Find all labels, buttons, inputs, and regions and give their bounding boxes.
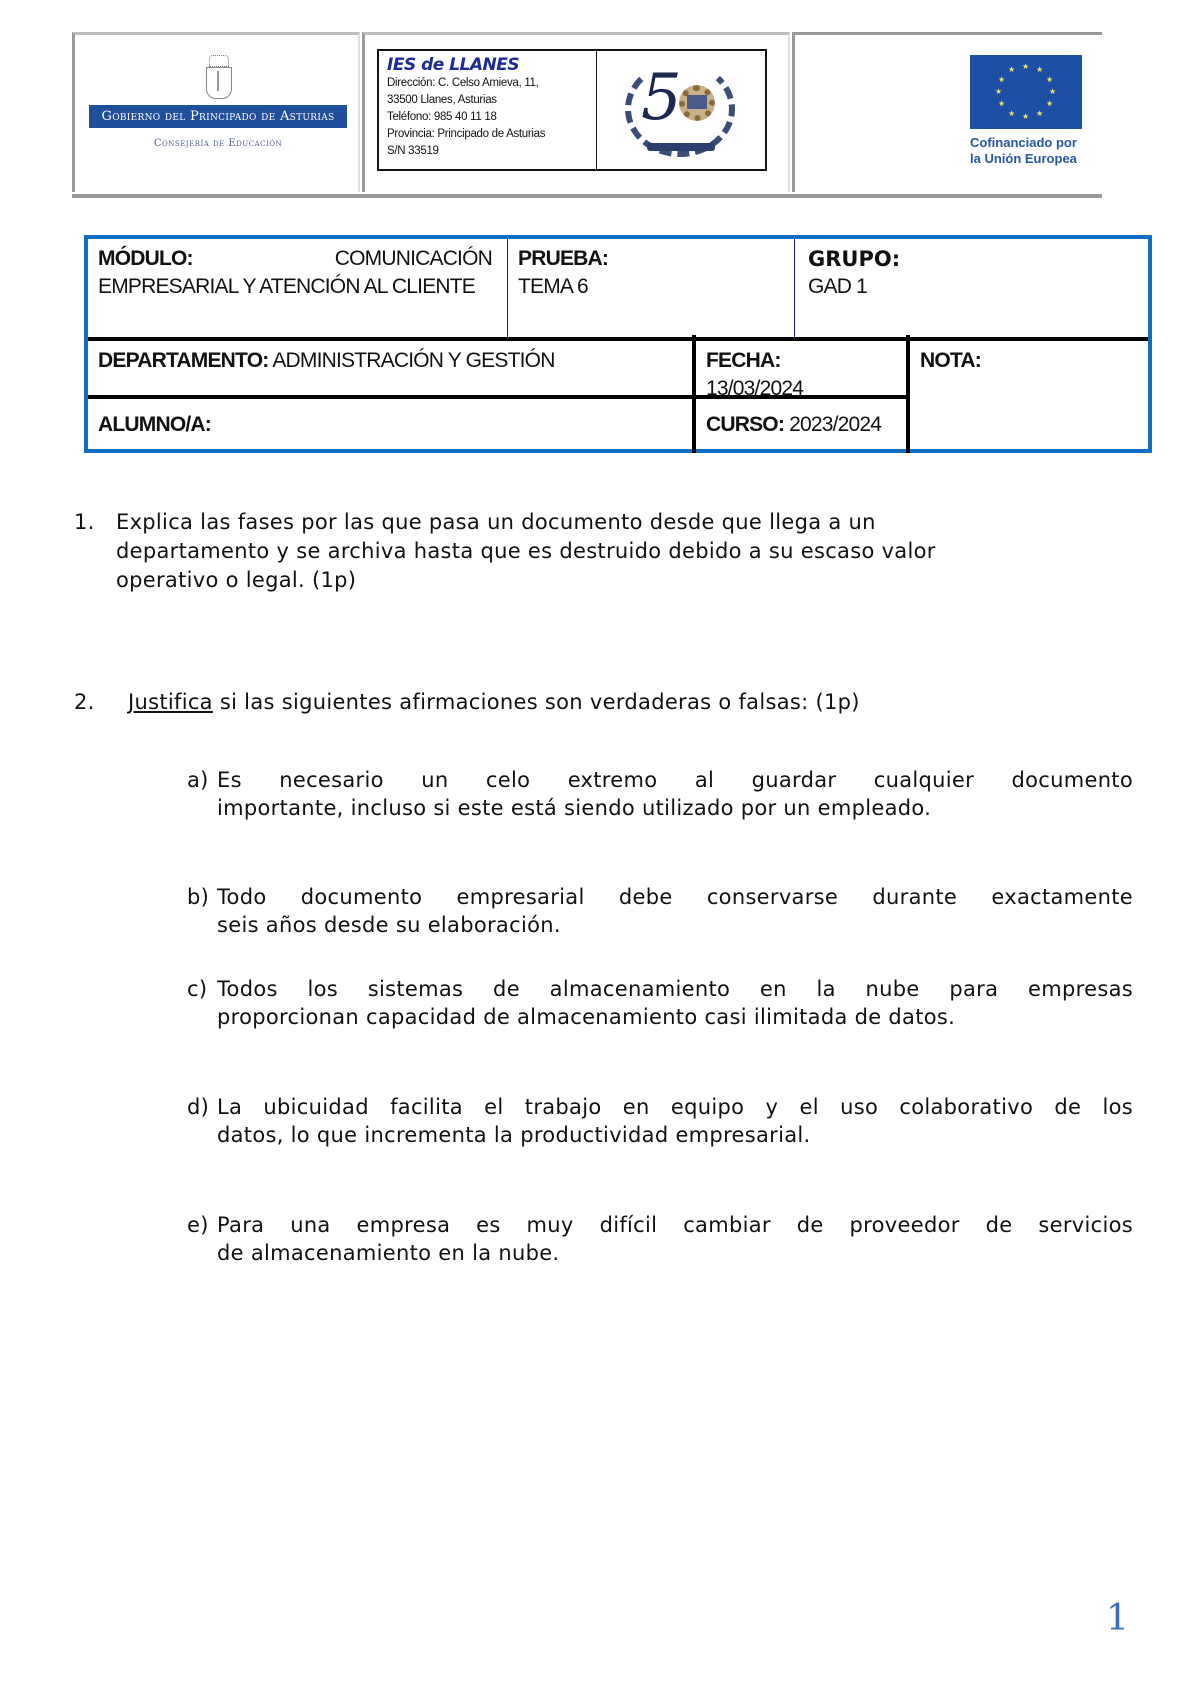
prueba-cell: PRUEBA: TEMA 6 xyxy=(508,239,794,337)
nota-cell[interactable]: NOTA: xyxy=(910,341,1148,451)
question-text: Justifica si las siguientes afirmaciones… xyxy=(128,688,1138,717)
asturias-crest-icon xyxy=(203,55,233,99)
school-info-cell: IES de LLANES Dirección: C. Celso Amieva… xyxy=(362,32,790,192)
statement-letter: c) xyxy=(187,975,207,1003)
alumno-cell[interactable]: ALUMNO/A: xyxy=(88,399,692,449)
underlined-keyword: Justifica xyxy=(128,690,213,714)
question-number: 2. xyxy=(74,688,95,717)
anniversary-emblem-icon: 5 xyxy=(597,51,765,169)
eu-caption-line-2: la Unión Europea xyxy=(970,151,1077,167)
government-name: Gobierno del Principado de Asturias xyxy=(89,105,347,128)
eu-flag-icon: ★ ★ ★ ★ ★ ★ ★ ★ ★ ★ ★ ★ xyxy=(970,55,1082,129)
question-1: 1. Explica las fases por las que pasa un… xyxy=(74,508,1134,598)
prueba-label: PRUEBA: xyxy=(518,245,784,273)
emblem-number: 5 xyxy=(641,63,682,133)
statement-b: b) Todo documento empresarial debe conse… xyxy=(187,883,1133,943)
ribbon-icon xyxy=(647,143,715,151)
statement-line-2: de almacenamiento en la nube. xyxy=(217,1241,559,1265)
statement-d: d) La ubicuidad facilita el trabajo en e… xyxy=(187,1093,1133,1153)
gear-center-icon xyxy=(687,95,707,109)
curso-label: CURSO: xyxy=(706,413,784,436)
statement-text: Para una empresa es muy difícil cambiar … xyxy=(217,1211,1133,1267)
question-line: Explica las fases por las que pasa un do… xyxy=(116,508,1126,537)
statement-line-2: seis años desde su elaboración. xyxy=(217,913,561,937)
modulo-value-line-2: EMPRESARIAL Y ATENCIÓN AL CLIENTE xyxy=(98,273,492,301)
statement-line-1: Para una empresa es muy difícil cambiar … xyxy=(217,1211,1133,1239)
statement-text: Es necesario un celo extremo al guardar … xyxy=(217,766,1133,822)
alumno-label: ALUMNO/A: xyxy=(98,413,211,436)
school-city-line: 33500 Llanes, Asturias xyxy=(387,92,596,109)
statement-text: Todos los sistemas de almacenamiento en … xyxy=(217,975,1133,1031)
curso-value: 2023/2024 xyxy=(789,413,881,436)
letterhead: Gobierno del Principado de Asturias Cons… xyxy=(72,32,1102,197)
statement-letter: b) xyxy=(187,883,209,911)
statement-line-1: Todo documento empresarial debe conserva… xyxy=(217,883,1133,911)
school-name: IES de LLANES xyxy=(387,55,596,75)
statement-text: Todo documento empresarial debe conserva… xyxy=(217,883,1133,939)
modulo-cell: MÓDULO: COMUNICACIÓN EMPRESARIAL Y ATENC… xyxy=(88,239,502,337)
statement-line-2: proporcionan capacidad de almacenamiento… xyxy=(217,1005,955,1029)
statement-line-1: Todos los sistemas de almacenamiento en … xyxy=(217,975,1133,1003)
grupo-value: GAD 1 xyxy=(808,273,1136,301)
exam-header-table: MÓDULO: COMUNICACIÓN EMPRESARIAL Y ATENC… xyxy=(84,235,1152,453)
prueba-value: TEMA 6 xyxy=(518,273,784,301)
grupo-label: GRUPO: xyxy=(808,245,1136,273)
question-line: departamento y se archiva hasta que es d… xyxy=(116,537,1126,566)
departamento-value: ADMINISTRACIÓN Y GESTIÓN xyxy=(272,349,554,372)
question-2: 2. Justifica si las siguientes afirmacio… xyxy=(74,688,1134,718)
eu-funding-caption: Cofinanciado por la Unión Europea xyxy=(970,135,1077,167)
school-phone-line: Teléfono: 985 40 11 18 xyxy=(387,109,596,126)
statement-letter: e) xyxy=(187,1211,209,1239)
question-rest: si las siguientes afirmaciones son verda… xyxy=(213,690,860,714)
statement-line-1: Es necesario un celo extremo al guardar … xyxy=(217,766,1133,794)
statement-line-2: datos, lo que incrementa la productivida… xyxy=(217,1123,811,1147)
question-text: Explica las fases por las que pasa un do… xyxy=(116,508,1126,595)
statement-letter: a) xyxy=(187,766,209,794)
eu-logo-cell: ★ ★ ★ ★ ★ ★ ★ ★ ★ ★ ★ ★ Cofinanciado por… xyxy=(792,32,1102,192)
statement-text: La ubicuidad facilita el trabajo en equi… xyxy=(217,1093,1133,1149)
departamento-label: DEPARTAMENTO: xyxy=(98,349,268,372)
grupo-cell: GRUPO: GAD 1 xyxy=(796,239,1146,337)
government-department: Consejería de Educación xyxy=(89,138,347,149)
school-province-line: Provincia: Principado de Asturias xyxy=(387,126,596,143)
eu-caption-line-1: Cofinanciado por xyxy=(970,135,1077,151)
fecha-cell: FECHA: 13/03/2024 xyxy=(696,341,908,395)
nota-label: NOTA: xyxy=(920,347,1138,375)
school-code-line: S/N 33519 xyxy=(387,143,596,160)
fecha-label: FECHA: xyxy=(706,347,898,375)
asturias-logo: Gobierno del Principado de Asturias Cons… xyxy=(89,55,347,149)
letterhead-divider xyxy=(72,194,1102,198)
statement-c: c) Todos los sistemas de almacenamiento … xyxy=(187,975,1133,1035)
modulo-label: MÓDULO: xyxy=(98,245,193,273)
statement-letter: d) xyxy=(187,1093,209,1121)
departamento-cell: DEPARTAMENTO: ADMINISTRACIÓN Y GESTIÓN xyxy=(88,341,692,395)
page-number: 1 xyxy=(1106,1598,1129,1639)
school-address-block: IES de LLANES Dirección: C. Celso Amieva… xyxy=(379,51,597,169)
school-address-line: Dirección: C. Celso Amieva, 11, xyxy=(387,75,596,92)
question-line: operativo o legal. (1p) xyxy=(116,566,1126,595)
school-info-box: IES de LLANES Dirección: C. Celso Amieva… xyxy=(377,49,767,171)
question-number: 1. xyxy=(74,508,95,537)
cell-divider xyxy=(794,239,795,337)
government-logo-cell: Gobierno del Principado de Asturias Cons… xyxy=(72,32,360,192)
statement-a: a) Es necesario un celo extremo al guard… xyxy=(187,766,1133,826)
modulo-value-line-1: COMUNICACIÓN xyxy=(335,245,492,273)
statement-e: e) Para una empresa es muy difícil cambi… xyxy=(187,1211,1133,1271)
statement-line-2: importante, incluso si este está siendo … xyxy=(217,796,931,820)
statement-line-1: La ubicuidad facilita el trabajo en equi… xyxy=(217,1093,1133,1121)
curso-cell: CURSO: 2023/2024 xyxy=(696,399,908,449)
